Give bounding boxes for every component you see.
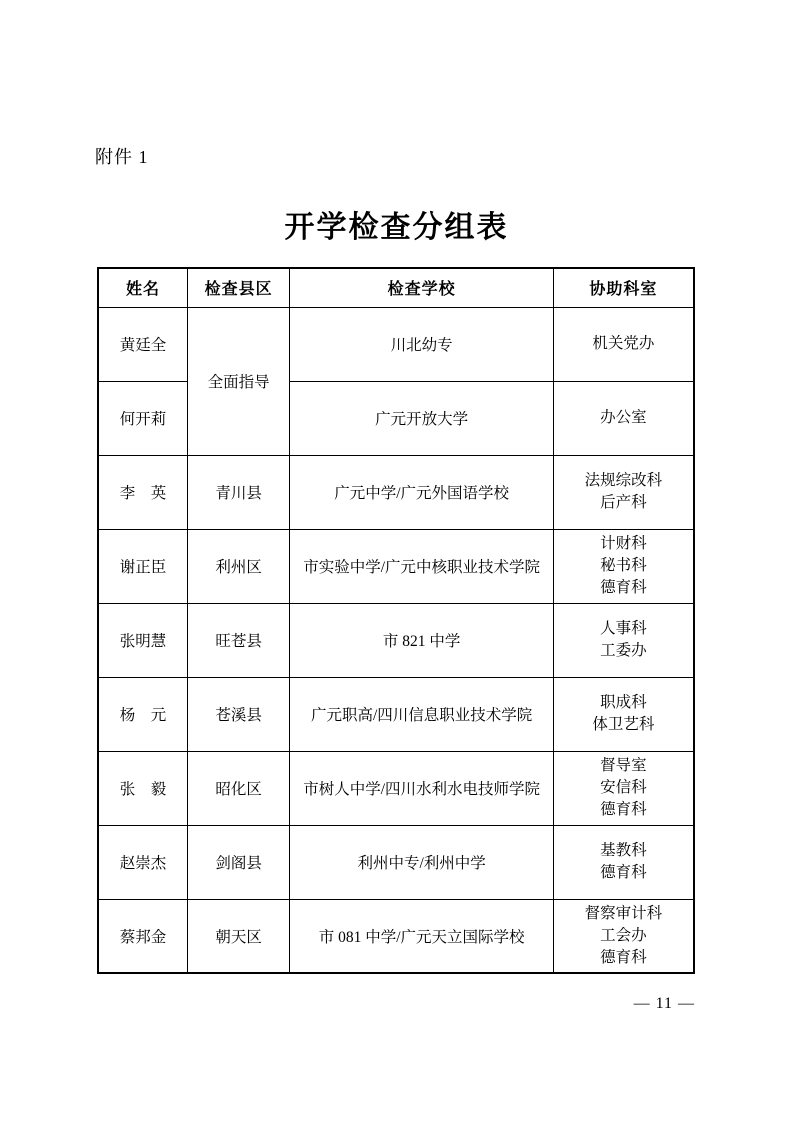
header-district: 检查县区: [187, 268, 290, 307]
district-cell: 青川县: [187, 455, 290, 529]
page-title: 开学检查分组表: [0, 202, 793, 246]
table-row: 杨 元 苍溪县 广元职高/四川信息职业技术学院 职成科 体卫艺科: [98, 677, 694, 751]
table-row: 谢正臣 利州区 市实验中学/广元中核职业技术学院 计财科 秘书科 德育科: [98, 529, 694, 603]
department-cell: 计财科 秘书科 德育科: [553, 529, 694, 603]
school-cell: 广元职高/四川信息职业技术学院: [290, 677, 553, 751]
department-cell: 基教科 德育科: [553, 825, 694, 899]
district-cell: 利州区: [187, 529, 290, 603]
district-cell: 苍溪县: [187, 677, 290, 751]
header-department: 协助科室: [553, 268, 694, 307]
name-cell: 谢正臣: [98, 529, 187, 603]
department-cell: 职成科 体卫艺科: [553, 677, 694, 751]
name-cell: 张明慧: [98, 603, 187, 677]
district-cell: 朝天区: [187, 899, 290, 973]
school-cell: 市树人中学/四川水利水电技师学院: [290, 751, 553, 825]
school-cell: 市 081 中学/广元天立国际学校: [290, 899, 553, 973]
district-cell: 昭化区: [187, 751, 290, 825]
header-name: 姓名: [98, 268, 187, 307]
table-row: 张明慧 旺苍县 市 821 中学 人事科 工委办: [98, 603, 694, 677]
school-cell: 广元中学/广元外国语学校: [290, 455, 553, 529]
name-cell: 李 英: [98, 455, 187, 529]
attachment-label: 附件 1: [95, 143, 149, 169]
inspection-grouping-table: 姓名 检查县区 检查学校 协助科室 黄廷全 全面指导 川北幼专 机关党办 何开莉…: [97, 267, 695, 974]
district-cell: 剑阁县: [187, 825, 290, 899]
school-cell: 广元开放大学: [290, 381, 553, 455]
name-cell: 赵崇杰: [98, 825, 187, 899]
table-row: 李 英 青川县 广元中学/广元外国语学校 法规综改科 后产科: [98, 455, 694, 529]
name-cell: 蔡邦金: [98, 899, 187, 973]
name-cell: 黄廷全: [98, 307, 187, 381]
document-page: 附件 1 开学检查分组表 姓名 检查县区 检查学校 协助科室 黄廷全 全面指导 …: [0, 0, 793, 1122]
table-row: 黄廷全 全面指导 川北幼专 机关党办: [98, 307, 694, 381]
table-row: 张 毅 昭化区 市树人中学/四川水利水电技师学院 督导室 安信科 德育科: [98, 751, 694, 825]
header-school: 检查学校: [290, 268, 553, 307]
name-cell: 杨 元: [98, 677, 187, 751]
school-cell: 市实验中学/广元中核职业技术学院: [290, 529, 553, 603]
department-cell: 法规综改科 后产科: [553, 455, 694, 529]
department-cell: 督察审计科 工会办 德育科: [553, 899, 694, 973]
department-cell: 人事科 工委办: [553, 603, 694, 677]
table-row: 赵崇杰 剑阁县 利州中专/利州中学 基教科 德育科: [98, 825, 694, 899]
district-cell-merged: 全面指导: [187, 307, 290, 455]
school-cell: 市 821 中学: [290, 603, 553, 677]
district-cell: 旺苍县: [187, 603, 290, 677]
school-cell: 利州中专/利州中学: [290, 825, 553, 899]
department-cell: 办公室: [553, 381, 694, 455]
school-cell: 川北幼专: [290, 307, 553, 381]
name-cell: 张 毅: [98, 751, 187, 825]
table-header-row: 姓名 检查县区 检查学校 协助科室: [98, 268, 694, 307]
table-row: 蔡邦金 朝天区 市 081 中学/广元天立国际学校 督察审计科 工会办 德育科: [98, 899, 694, 973]
department-cell: 机关党办: [553, 307, 694, 381]
department-cell: 督导室 安信科 德育科: [553, 751, 694, 825]
name-cell: 何开莉: [98, 381, 187, 455]
page-number: — 11 —: [634, 995, 695, 1013]
